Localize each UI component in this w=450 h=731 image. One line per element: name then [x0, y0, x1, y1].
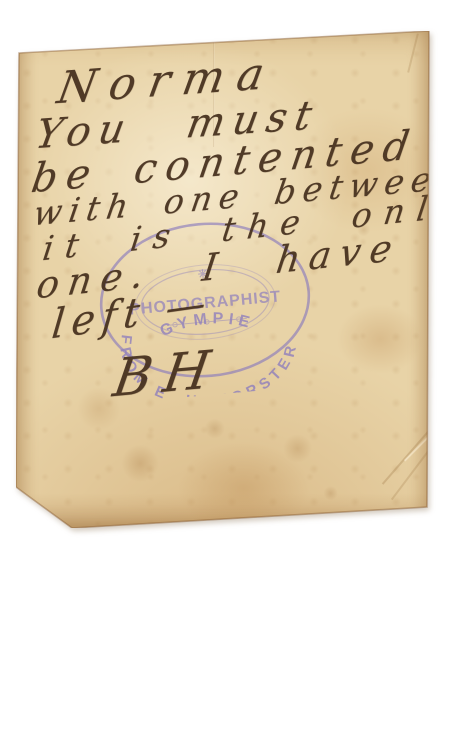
paper-wrapper: FROM E. H. FORSTER PHOTOGRAPHIST GYMPIE …: [16, 31, 430, 528]
paper-crease: [404, 418, 447, 461]
signature-initials: BH: [110, 343, 226, 405]
paper-crease: [382, 419, 440, 485]
note-paper: FROM E. H. FORSTER PHOTOGRAPHIST GYMPIE …: [16, 31, 430, 528]
scanned-note-photo: FROM E. H. FORSTER PHOTOGRAPHIST GYMPIE …: [0, 0, 450, 731]
paper-crease: [391, 443, 434, 500]
paper-crease: [407, 33, 418, 72]
